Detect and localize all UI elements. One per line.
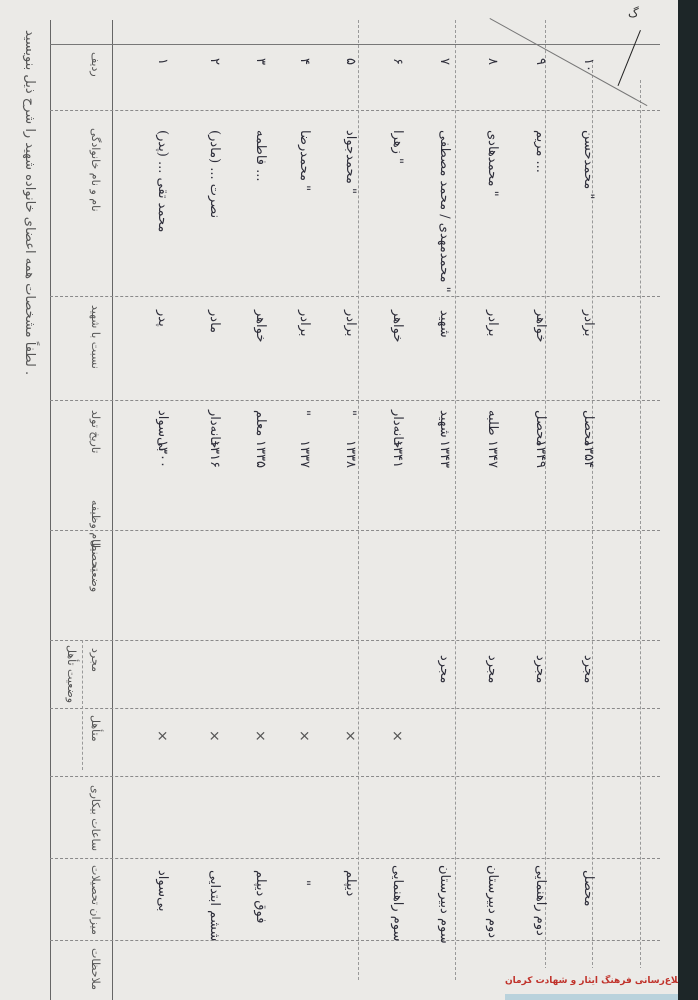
- row-10-education: محصل: [581, 410, 596, 446]
- row-3-no: ۳: [253, 58, 268, 65]
- row-9-education: محصل: [533, 410, 548, 446]
- header-remarks: ملاحظات: [89, 948, 102, 990]
- watermark: پایگاه اطلاع‌رسانی فرهنگ ایثار و شهادت ک…: [505, 968, 678, 994]
- row-5-relation: برادر: [343, 310, 358, 336]
- row-8-edu-level: دوم دبیرستان: [485, 865, 500, 938]
- grid-line: [82, 640, 83, 770]
- watermark-bar: [505, 994, 678, 1000]
- row-6-edu-level: سوم راهنمایی: [390, 865, 405, 941]
- row-3-education: معلم: [253, 410, 268, 436]
- row-7-single-mark: مجرد: [437, 655, 452, 683]
- row-5-edu-level: دیپلم: [343, 870, 358, 896]
- grid-line: [50, 776, 660, 777]
- grid-line: [50, 296, 660, 297]
- row-2-married-mark: ×: [206, 730, 222, 742]
- header-birth-date: تاریخ تولد: [89, 410, 102, 453]
- scan-edge-strip: [678, 0, 698, 1000]
- header-marital-status: وضعیت تأهل: [65, 645, 78, 703]
- row-5-education: ": [343, 410, 358, 416]
- row-9-relation: خواهر: [533, 310, 548, 342]
- header-relation: نسبت با شهید: [89, 305, 102, 369]
- row-2-no: ۲: [207, 58, 222, 65]
- form-instruction: لطفاً مشخصات همه اعضای خانواده شهید را ش…: [8, 30, 38, 590]
- row-2-relation: مادر: [207, 310, 222, 333]
- row-8-no: ۸: [485, 58, 500, 65]
- header-military-status: وضعیت نظام وظیفه: [89, 500, 102, 592]
- row-3-edu-level: فوق دیپلم: [253, 870, 268, 923]
- grid-line: [358, 20, 359, 980]
- row-9-single-mark: مجرد: [533, 655, 548, 683]
- row-10-edu-level: محصل: [581, 870, 596, 906]
- row-2-edu-level: ششم ابتدایی: [207, 870, 222, 941]
- row-4-birth: ۱۳۳۷: [297, 440, 312, 468]
- row-6-no: ۶: [390, 58, 405, 65]
- row-1-married-mark: ×: [154, 730, 170, 742]
- row-5-name: محمدجواد ": [343, 130, 358, 194]
- row-8-name: محمدهادی ": [485, 130, 500, 197]
- grid-line: [50, 708, 660, 709]
- row-8-relation: برادر: [485, 310, 500, 336]
- watermark-caption: پایگاه اطلاع‌رسانی فرهنگ ایثار و شهادت ک…: [505, 976, 698, 986]
- row-4-no: ۴: [297, 58, 312, 65]
- row-6-married-mark: ×: [389, 730, 405, 742]
- form-instruction-text: لطفاً مشخصات همه اعضای خانواده شهید را ش…: [22, 30, 37, 375]
- row-9-edu-level: دوم راهنمایی: [533, 865, 548, 936]
- row-1-education: بی‌سواد: [155, 410, 170, 451]
- scanned-form-page: لطفاً مشخصات همه اعضای خانواده شهید را ش…: [0, 0, 678, 1000]
- corner-pen-stroke: [618, 30, 641, 86]
- row-8-education: طلبه: [485, 410, 500, 436]
- row-10-single-mark: مجرد: [581, 655, 596, 683]
- row-4-relation: برادر: [297, 310, 312, 336]
- row-3-birth: ۱۳۳۵: [253, 440, 268, 468]
- header-marital-married: متأهل: [89, 715, 102, 742]
- row-1-no: ۱: [155, 58, 170, 65]
- row-7-education: شهید: [437, 410, 452, 438]
- row-7-edu-level: سوم دبیرستان: [437, 865, 452, 944]
- header-employment: ساعات بیکاری: [89, 785, 102, 851]
- row-3-married-mark: ×: [252, 730, 268, 742]
- row-6-education: خانه‌دار: [390, 410, 405, 448]
- row-4-name: محمدرضا ": [297, 130, 312, 191]
- header-divider: [112, 20, 113, 1000]
- row-4-edu-level: ": [297, 880, 312, 886]
- row-7-no: ۷: [437, 58, 452, 65]
- header-full-name: نام و نام خانوادگی: [89, 128, 102, 212]
- row-7-relation: شهید: [437, 310, 452, 338]
- row-5-no: ۵: [343, 58, 358, 65]
- row-10-relation: برادر: [581, 310, 596, 336]
- row-1-name: محمد تقی ... (پدر): [155, 130, 170, 232]
- row-9-no: ۹: [533, 58, 548, 65]
- header-education-level: میزان تحصیلات: [89, 865, 102, 935]
- grid-line: [640, 80, 641, 980]
- corner-diagonal-line: [490, 18, 648, 106]
- corner-annotation: گ: [628, 6, 639, 20]
- grid-line: [50, 858, 660, 859]
- header-row-no: ردیف: [89, 52, 102, 77]
- row-8-single-mark: مجرد: [485, 655, 500, 683]
- grid-line: [50, 400, 660, 401]
- grid-line: [50, 530, 660, 531]
- grid-line: [50, 44, 660, 45]
- row-3-relation: خواهر: [253, 310, 268, 342]
- grid-line: [455, 20, 456, 980]
- grid-line: [50, 110, 660, 111]
- grid-line: [50, 940, 660, 941]
- row-9-name: مریم ...: [533, 130, 548, 173]
- grid-line: [50, 640, 660, 641]
- row-1-edu-level: بی‌سواد: [155, 870, 170, 911]
- row-7-name: محمدمهدی / محمد مصطفی ": [437, 130, 452, 293]
- row-3-name: فاطمه ...: [253, 130, 268, 182]
- row-2-education: خانه‌دار: [207, 410, 222, 448]
- row-10-name: محمدحسن ": [581, 130, 596, 199]
- row-7-birth: ۱۳۴۳: [437, 440, 452, 468]
- row-5-married-mark: ×: [342, 730, 358, 742]
- header-marital-single: مجرد: [89, 648, 102, 672]
- table-border-left: [50, 20, 51, 1000]
- row-4-married-mark: ×: [296, 730, 312, 742]
- row-1-relation: پدر: [155, 310, 170, 327]
- row-6-name: زهرا ": [390, 130, 405, 164]
- row-2-name: نصرت ... (مادر): [207, 130, 222, 218]
- row-4-education: ": [297, 410, 312, 416]
- row-8-birth: ۱۳۴۷: [485, 440, 500, 468]
- row-5-birth: ۱۳۳۸: [343, 440, 358, 468]
- row-6-relation: خواهر: [390, 310, 405, 342]
